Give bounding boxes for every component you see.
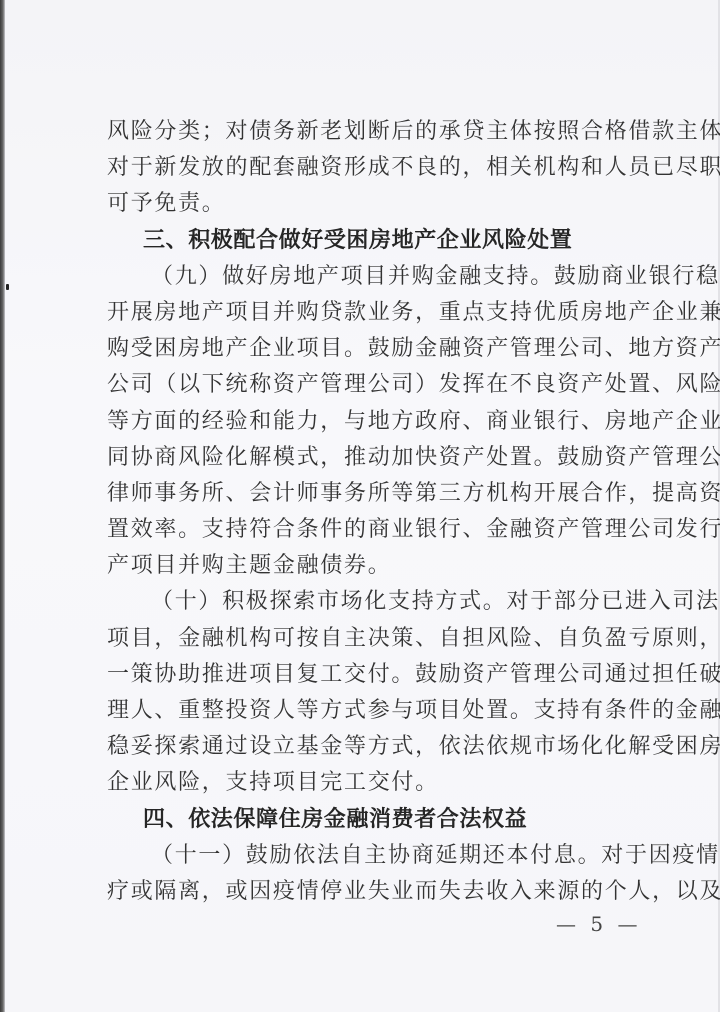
scan-edge-left	[0, 0, 5, 1012]
page-number: — 5 —	[556, 912, 641, 936]
text-line: 一策协助推进项目复工交付。鼓励资产管理公司通过担任破产管	[107, 657, 659, 693]
text-line: 律师事务所、会计师事务所等第三方机构开展合作，提高资产处	[107, 476, 659, 512]
text-line: 产项目并购主题金融债券。	[107, 548, 659, 584]
document-page: 风险分类；对债务新老划断后的承贷主体按照合格借款主体管理。 对于新发放的配套融资…	[0, 0, 720, 1012]
paragraph-11-start: （十一）鼓励依法自主协商延期还本付息。对于因疫情住院治	[107, 838, 659, 874]
text-line: 对于新发放的配套融资形成不良的，相关机构和人员已尽职的，	[107, 150, 659, 186]
paragraph-9-start: （九）做好房地产项目并购金融支持。鼓励商业银行稳妥有序	[107, 259, 659, 295]
text-line: 企业风险，支持项目完工交付。	[107, 765, 659, 801]
section-heading-4: 四、依法保障住房金融消费者合法权益	[107, 802, 659, 838]
text-line: 同协商风险化解模式，推动加快资产处置。鼓励资产管理公司与	[107, 440, 659, 476]
text-line: 公司（以下统称资产管理公司）发挥在不良资产处置、风险管理	[107, 367, 659, 403]
text-line: 风险分类；对债务新老划断后的承贷主体按照合格借款主体管理。	[107, 114, 659, 150]
text-line: 购受困房地产企业项目。鼓励金融资产管理公司、地方资产管理	[107, 331, 659, 367]
text-line: 等方面的经验和能力，与地方政府、商业银行、房地产企业等共	[107, 404, 659, 440]
text-line: 可予免责。	[107, 186, 659, 222]
text-line: 理人、重整投资人等方式参与项目处置。支持有条件的金融机构	[107, 693, 659, 729]
text-line: 疗或隔离，或因疫情停业失业而失去收入来源的个人，以及因购	[107, 874, 659, 910]
text-line: 开展房地产项目并购贷款业务，重点支持优质房地产企业兼并收	[107, 295, 659, 331]
text-line: 项目，金融机构可按自主决策、自担风险、自负盈亏原则，一企	[107, 621, 659, 657]
document-body: 风险分类；对债务新老划断后的承贷主体按照合格借款主体管理。 对于新发放的配套融资…	[107, 114, 659, 910]
section-heading-3: 三、积极配合做好受困房地产企业风险处置	[107, 223, 659, 259]
paragraph-10-start: （十）积极探索市场化支持方式。对于部分已进入司法重整的	[107, 584, 659, 620]
text-line: 稳妥探索通过设立基金等方式，依法依规市场化化解受困房地产	[107, 729, 659, 765]
text-line: 置效率。支持符合条件的商业银行、金融资产管理公司发行房地	[107, 512, 659, 548]
binding-hole-mark	[6, 284, 9, 290]
